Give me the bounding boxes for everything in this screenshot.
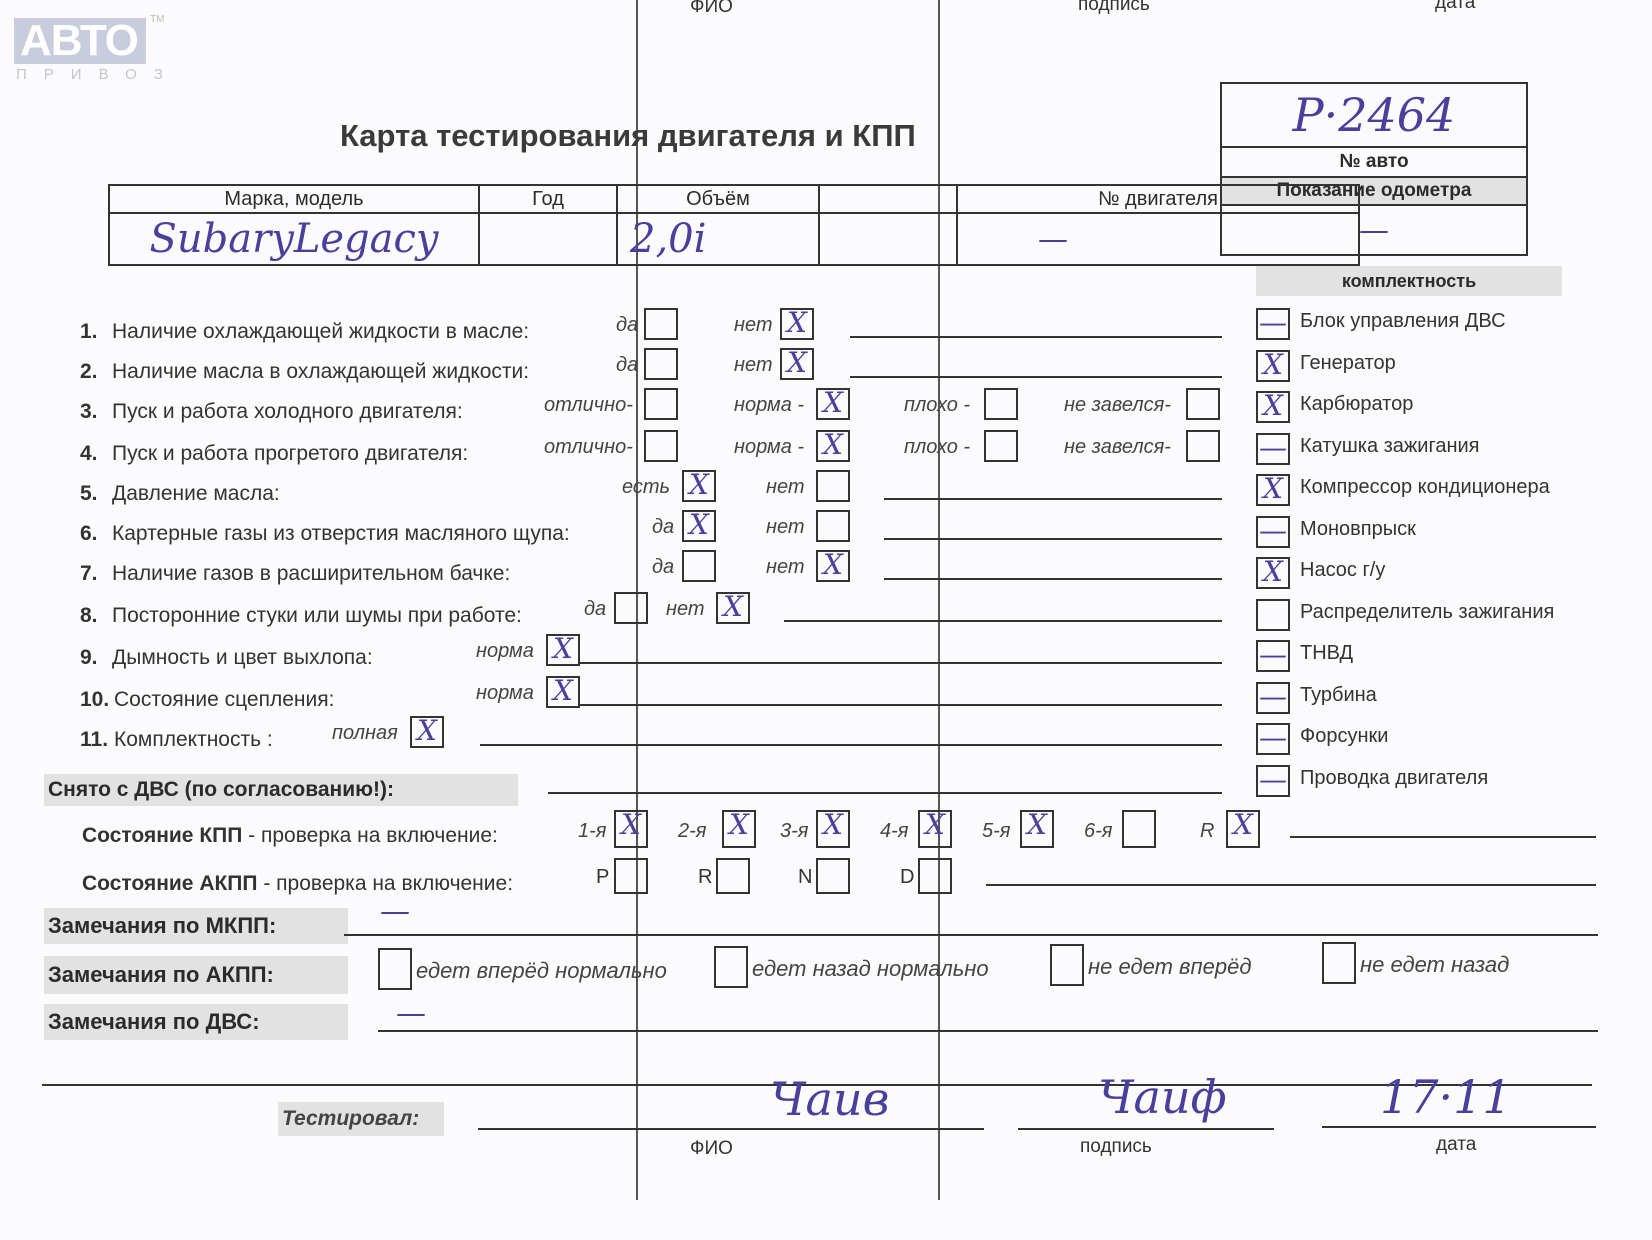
completeness-item-label: Проводка двигателя xyxy=(1300,767,1488,790)
tested-by-fio-line[interactable] xyxy=(478,1128,984,1130)
completeness-checkbox[interactable]: — xyxy=(1256,765,1290,797)
gear-checkbox[interactable]: X xyxy=(722,810,756,848)
check-mark-icon: X xyxy=(724,808,754,841)
remarks-manual-line[interactable] xyxy=(344,934,1598,936)
gear-checkbox[interactable]: X xyxy=(614,810,648,848)
year-value[interactable] xyxy=(479,213,617,265)
check-mark-icon: — xyxy=(1258,721,1288,754)
option-checkbox[interactable]: X xyxy=(410,716,444,748)
column-year: Год xyxy=(479,185,617,213)
completeness-checkbox[interactable]: — xyxy=(1256,308,1290,340)
option-checkbox[interactable]: X xyxy=(780,348,814,380)
logo-avto: АВТО xyxy=(14,18,146,64)
check-mark-icon: X xyxy=(684,508,714,541)
check-number: 6. xyxy=(80,522,98,546)
completeness-item-label: ТНВД xyxy=(1300,642,1353,665)
option-label: есть xyxy=(622,476,670,499)
tested-by-label: Тестировал: xyxy=(278,1102,444,1136)
check-number: 7. xyxy=(80,562,98,586)
option-checkbox[interactable]: X xyxy=(682,510,716,542)
check-label: Наличие охлаждающей жидкости в масле: xyxy=(112,320,529,344)
auto-remark-label: не едет вперёд xyxy=(1088,954,1252,980)
option-label: норма xyxy=(476,640,534,663)
option-checkbox[interactable] xyxy=(644,348,678,380)
logo-trademark: TM xyxy=(150,14,164,25)
option-label: да xyxy=(652,556,674,579)
check-number: 4. xyxy=(80,442,98,466)
completeness-checkbox[interactable]: — xyxy=(1256,682,1290,714)
top-signature-caption: подпись xyxy=(1078,0,1150,16)
option-label: не завелся- xyxy=(1064,436,1171,459)
remarks-manual-value[interactable]: — xyxy=(380,894,410,929)
position-label: R xyxy=(698,866,712,889)
top-date-caption: дата xyxy=(1435,0,1475,14)
completeness-item-label: Генератор xyxy=(1300,352,1396,375)
option-checkbox[interactable] xyxy=(644,388,678,420)
check-label: Пуск и работа холодного двигателя: xyxy=(112,400,463,424)
option-checkbox[interactable]: X xyxy=(546,676,580,708)
option-checkbox[interactable] xyxy=(644,430,678,462)
check-mark-icon: X xyxy=(1258,555,1288,588)
check-label: Комплектность : xyxy=(114,728,273,752)
check-mark-icon: X xyxy=(1228,808,1258,841)
manual-gearbox-notes-line[interactable] xyxy=(1290,836,1596,838)
option-label: нет xyxy=(734,314,773,337)
option-label: плохо - xyxy=(904,394,970,417)
check-mark-icon: X xyxy=(782,346,812,379)
date-caption: дата xyxy=(1436,1134,1476,1156)
engine-number-value[interactable]: — xyxy=(957,213,1359,265)
notes-line[interactable] xyxy=(784,620,1222,622)
remarks-manual-label: Замечания по МКПП: xyxy=(44,908,348,944)
completeness-item-label: Блок управления ДВС xyxy=(1300,310,1506,333)
blank-value xyxy=(819,213,957,265)
option-checkbox[interactable]: X xyxy=(682,470,716,502)
option-checkbox[interactable]: X xyxy=(780,308,814,340)
option-checkbox[interactable] xyxy=(816,510,850,542)
position-checkbox[interactable] xyxy=(716,858,750,894)
column-engine-number: № двигателя xyxy=(957,185,1359,213)
make-model-value[interactable]: SubaryLegacy xyxy=(109,213,479,265)
car-number-label: № авто xyxy=(1222,148,1526,178)
tested-by-date-value[interactable]: 17·11 xyxy=(1380,1070,1512,1124)
completeness-checkbox[interactable]: — xyxy=(1256,516,1290,548)
option-label: норма xyxy=(476,682,534,705)
gear-checkbox[interactable]: X xyxy=(918,810,952,848)
check-mark-icon: X xyxy=(548,632,578,665)
top-fio-caption: ФИО xyxy=(690,0,733,18)
remarks-auto-label: Замечания по АКПП: xyxy=(44,956,348,994)
option-checkbox[interactable]: X xyxy=(546,634,580,666)
removed-label: Снято с ДВС (по согласованию!): xyxy=(44,774,518,806)
notes-line[interactable] xyxy=(884,538,1222,540)
option-checkbox[interactable] xyxy=(984,388,1018,420)
option-checkbox[interactable] xyxy=(984,430,1018,462)
completeness-item-label: Катушка зажигания xyxy=(1300,435,1480,458)
check-mark-icon: X xyxy=(818,548,848,581)
check-label: Пуск и работа прогретого двигателя: xyxy=(112,442,468,466)
completeness-item-label: Форсунки xyxy=(1300,725,1388,748)
auto-remark-label: едет назад нормально xyxy=(752,956,989,982)
check-mark-icon: — xyxy=(1258,638,1288,671)
notes-line[interactable] xyxy=(884,498,1222,500)
check-mark-icon: X xyxy=(412,714,442,747)
check-number: 8. xyxy=(80,604,98,628)
gear-checkbox[interactable]: X xyxy=(1226,810,1260,848)
auto-remark-checkbox[interactable] xyxy=(1322,942,1356,984)
check-number: 9. xyxy=(80,646,98,670)
remarks-engine-label: Замечания по ДВС: xyxy=(44,1004,348,1040)
volume-value[interactable]: 2,0i xyxy=(617,213,819,265)
check-number: 1. xyxy=(80,320,98,344)
option-checkbox[interactable]: X xyxy=(816,430,850,462)
check-mark-icon: — xyxy=(1258,763,1288,796)
gear-checkbox[interactable] xyxy=(1122,810,1156,848)
notes-line[interactable] xyxy=(580,662,1222,664)
check-mark-icon: X xyxy=(1258,348,1288,381)
check-mark-icon: X xyxy=(1258,472,1288,505)
position-label: N xyxy=(798,866,812,889)
option-label: не завелся- xyxy=(1064,394,1171,417)
tested-by-signature-value[interactable]: Чаиф xyxy=(1098,1070,1227,1124)
notes-line[interactable] xyxy=(850,376,1222,378)
auto-remark-checkbox[interactable] xyxy=(1050,944,1084,986)
check-label: Состояние сцепления: xyxy=(114,688,334,712)
option-label: отлично- xyxy=(544,394,633,417)
completeness-checkbox[interactable]: — xyxy=(1256,723,1290,755)
option-checkbox[interactable]: X xyxy=(816,388,850,420)
check-mark-icon: — xyxy=(1258,680,1288,713)
check-label: Давление масла: xyxy=(112,482,280,506)
completeness-checkbox[interactable]: — xyxy=(1256,433,1290,465)
completeness-checkbox[interactable]: X xyxy=(1256,557,1290,589)
option-label: нет xyxy=(734,354,773,377)
vehicle-header-table: Марка, модель Год Объём № двигателя Suba… xyxy=(108,184,1360,266)
check-mark-icon: — xyxy=(1258,431,1288,464)
removed-input-line[interactable] xyxy=(548,792,1222,794)
option-label: отлично- xyxy=(544,436,633,459)
check-number: 3. xyxy=(80,400,98,424)
manual-gearbox-label: Состояние КПП - проверка на включение: xyxy=(82,824,498,848)
check-label: Посторонние стуки или шумы при работе: xyxy=(112,604,522,628)
completeness-item-label: Турбина xyxy=(1300,684,1377,707)
notes-line[interactable] xyxy=(580,704,1222,706)
remarks-engine-line[interactable] xyxy=(378,1030,1598,1032)
option-label: да xyxy=(616,354,638,377)
completeness-title: комплектность xyxy=(1256,266,1562,296)
check-mark-icon: X xyxy=(1022,808,1052,841)
notes-line[interactable] xyxy=(480,744,1222,746)
position-checkbox[interactable] xyxy=(918,858,952,894)
completeness-item-label: Насос г/у xyxy=(1300,559,1385,582)
option-label: да xyxy=(616,314,638,337)
completeness-item-label: Распределитель зажигания xyxy=(1300,601,1554,624)
check-number: 2. xyxy=(80,360,98,384)
check-mark-icon: X xyxy=(818,808,848,841)
auto-gearbox-notes-line[interactable] xyxy=(986,884,1596,886)
check-mark-icon: X xyxy=(548,674,578,707)
gear-checkbox[interactable]: X xyxy=(1020,810,1054,848)
completeness-checkbox[interactable]: X xyxy=(1256,391,1290,423)
tested-by-fio-value[interactable]: Чаив xyxy=(770,1072,889,1126)
option-label: нет xyxy=(766,476,805,499)
logo-privoz: ПРИВОЗ xyxy=(16,66,180,83)
check-number: 5. xyxy=(80,482,98,506)
option-label: да xyxy=(652,516,674,539)
option-checkbox[interactable]: X xyxy=(716,592,750,624)
position-label: D xyxy=(900,866,914,889)
gear-label: 6-я xyxy=(1084,820,1112,843)
completeness-checkbox[interactable]: X xyxy=(1256,474,1290,506)
option-label: полная xyxy=(332,722,398,745)
option-label: да xyxy=(584,598,606,621)
check-mark-icon: X xyxy=(920,808,950,841)
option-checkbox[interactable] xyxy=(644,308,678,340)
completeness-item-label: Моновпрыск xyxy=(1300,518,1416,541)
column-blank xyxy=(819,185,957,213)
gear-label: 4-я xyxy=(880,820,908,843)
column-volume: Объём xyxy=(617,185,819,213)
check-label: Наличие газов в расширительном бачке: xyxy=(112,562,510,586)
signature-caption: подпись xyxy=(1080,1136,1152,1158)
gear-label: 2-я xyxy=(678,820,706,843)
check-mark-icon: X xyxy=(782,306,812,339)
auto-remark-checkbox[interactable] xyxy=(714,946,748,988)
remarks-engine-value[interactable]: — xyxy=(396,996,426,1031)
check-label: Картерные газы из отверстия масляного щу… xyxy=(112,522,570,546)
notes-line[interactable] xyxy=(850,336,1222,338)
completeness-item-label: Карбюратор xyxy=(1300,393,1413,416)
check-number: 11. xyxy=(80,728,108,752)
check-label: Дымность и цвет выхлопа: xyxy=(112,646,373,670)
check-mark-icon: X xyxy=(1258,389,1288,422)
option-checkbox[interactable] xyxy=(682,550,716,582)
option-label: нет xyxy=(766,556,805,579)
option-label: нет xyxy=(666,598,705,621)
check-mark-icon: X xyxy=(684,468,714,501)
fold-line xyxy=(938,0,940,1200)
column-make-model: Марка, модель xyxy=(109,185,479,213)
option-checkbox[interactable]: X xyxy=(816,550,850,582)
check-mark-icon: X xyxy=(616,808,646,841)
option-checkbox[interactable] xyxy=(1186,388,1220,420)
option-label: плохо - xyxy=(904,436,970,459)
completeness-item-label: Компрессор кондиционера xyxy=(1300,476,1550,499)
check-mark-icon: X xyxy=(818,428,848,461)
check-mark-icon: X xyxy=(818,386,848,419)
auto-gearbox-label: Состояние АКПП - проверка на включение: xyxy=(82,872,513,896)
option-checkbox[interactable] xyxy=(816,470,850,502)
check-mark-icon: X xyxy=(718,590,748,623)
car-number-value[interactable]: P·2464 xyxy=(1222,84,1526,148)
option-label: нет xyxy=(766,516,805,539)
completeness-checkbox[interactable]: X xyxy=(1256,350,1290,382)
gear-label: 1-я xyxy=(578,820,606,843)
gear-label: 5-я xyxy=(982,820,1010,843)
page-title: Карта тестирования двигателя и КПП xyxy=(340,118,916,154)
check-mark-icon: — xyxy=(1258,306,1288,339)
completeness-checkbox[interactable]: — xyxy=(1256,640,1290,672)
fio-caption: ФИО xyxy=(690,1138,733,1160)
gear-checkbox[interactable]: X xyxy=(816,810,850,848)
completeness-checkbox[interactable] xyxy=(1256,599,1290,631)
tested-by-date-line[interactable] xyxy=(1322,1126,1596,1128)
position-label: P xyxy=(596,866,609,889)
gear-label: R xyxy=(1200,820,1214,843)
tested-by-signature-line[interactable] xyxy=(1018,1128,1274,1130)
option-checkbox[interactable] xyxy=(614,592,648,624)
position-checkbox[interactable] xyxy=(614,858,648,894)
notes-line[interactable] xyxy=(884,578,1222,580)
gear-label: 3-я xyxy=(780,820,808,843)
option-checkbox[interactable] xyxy=(1186,430,1220,462)
check-number: 10. xyxy=(80,688,109,712)
check-label: Наличие масла в охлаждающей жидкости: xyxy=(112,360,529,384)
option-label: норма - xyxy=(734,394,804,417)
auto-remark-label: едет вперёд нормально xyxy=(416,958,667,984)
auto-remark-label: не едет назад xyxy=(1360,952,1509,978)
position-checkbox[interactable] xyxy=(816,858,850,894)
check-mark-icon: — xyxy=(1258,514,1288,547)
option-label: норма - xyxy=(734,436,804,459)
auto-remark-checkbox[interactable] xyxy=(378,948,412,990)
